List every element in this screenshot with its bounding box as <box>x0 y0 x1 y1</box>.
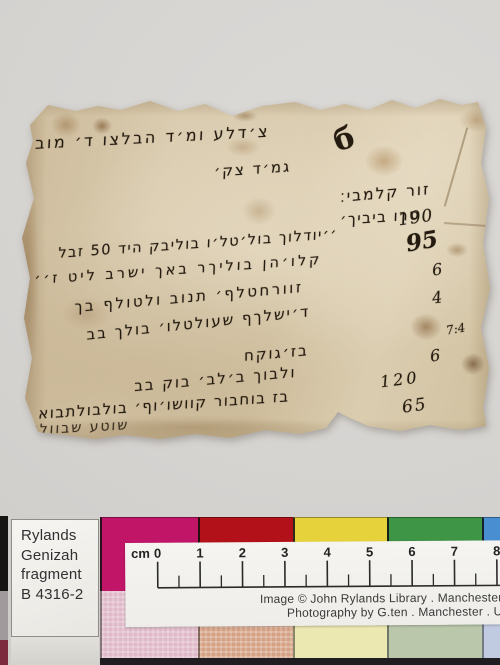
manuscript-line: זור קלמבי׃ <box>340 180 431 206</box>
label-line: Genizah <box>21 546 98 566</box>
label-line: fragment <box>21 565 98 585</box>
account-amount: 6 <box>429 345 442 365</box>
label-line: B 4316-2 <box>21 585 98 605</box>
photographed-scan: б צ׳דלע ומ׳ד הבלצו ד׳ מובץ גמ׳ד צק׳ זור … <box>0 0 500 665</box>
account-amount: 7:4 <box>445 320 466 337</box>
ruler-number: 0 <box>154 546 161 561</box>
account-amount: 6 <box>431 259 444 279</box>
calibration-patch-maroon <box>0 640 8 665</box>
account-amount: 120 <box>379 368 421 392</box>
photography-credit-line: Photography by G.ten . Manchester . U <box>287 604 500 620</box>
ruler-number: 6 <box>408 544 415 559</box>
ink-stain <box>236 192 282 230</box>
manuscript-line: בז׳גוקח <box>244 341 309 365</box>
manuscript-fragment: б צ׳דלע ומ׳ד הבלצו ד׳ מובץ גמ׳ד צק׳ זור … <box>18 96 493 444</box>
ink-stain <box>358 140 410 182</box>
manuscript-line: צ׳דלע ומ׳ד הבלצו ד׳ מובץ <box>24 122 271 154</box>
ink-stain <box>442 240 472 260</box>
parchment: б צ׳דלע ומ׳ד הבלצו ד׳ מובץ גמ׳ד צק׳ זור … <box>18 96 493 444</box>
ruler-number: 1 <box>196 545 203 560</box>
ruler-unit-label: cm <box>131 546 150 561</box>
ruler-number: 4 <box>323 545 330 560</box>
shelfmark-label: Rylands Genizah fragment B 4316-2 <box>11 519 99 637</box>
label-reflection <box>11 637 99 665</box>
ink-stain <box>454 104 498 136</box>
calibration-patch-gray <box>0 591 8 640</box>
heading-siglum: б <box>329 120 359 159</box>
ink-stain <box>456 348 490 380</box>
next-patch-row-edge <box>100 658 500 665</box>
label-line: Rylands <box>21 526 98 546</box>
manuscript-line: גמ׳ד צק׳ <box>214 157 292 180</box>
account-amount: 4 <box>431 287 444 307</box>
ruler-number: 3 <box>281 545 288 560</box>
ruler-number: 8 <box>493 543 500 558</box>
ruler-number: 7 <box>451 544 458 559</box>
crease-line <box>444 222 500 228</box>
ruler-card: cm Image © John Rylands Library . Manche… <box>125 540 500 627</box>
crease-line <box>444 127 469 206</box>
ink-stain <box>404 308 448 346</box>
calibration-patch-black <box>0 516 8 591</box>
ruler-number: 2 <box>239 545 246 560</box>
ruler-number: 5 <box>366 544 373 559</box>
account-amount: 95 <box>404 225 440 257</box>
account-amount: 65 <box>401 394 429 417</box>
